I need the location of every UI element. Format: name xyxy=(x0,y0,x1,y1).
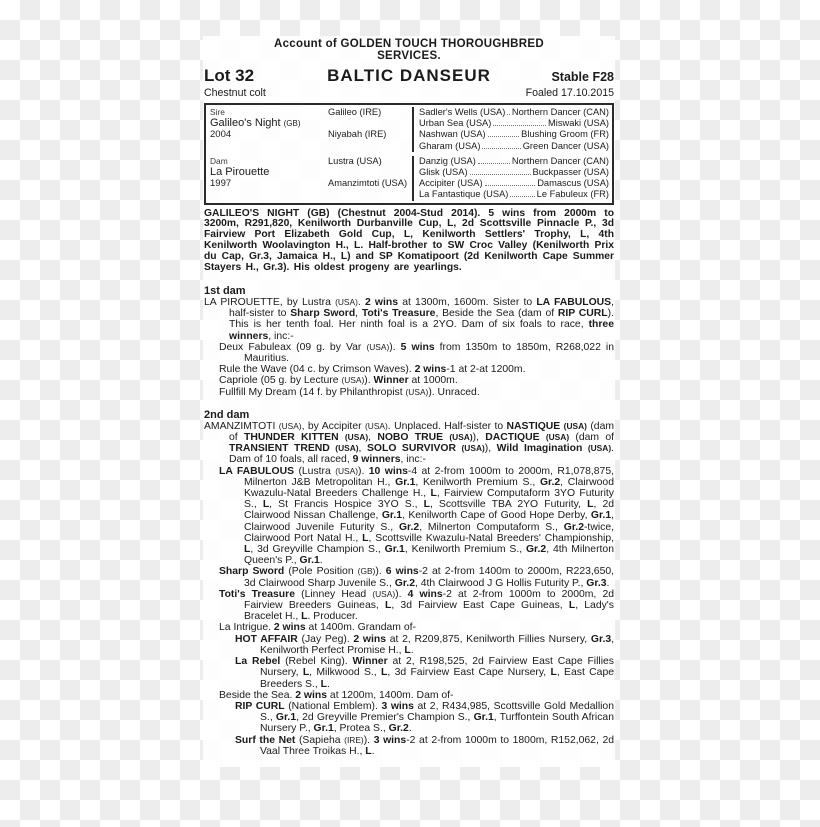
pedigree-ancestor-row: Sadler's Wells (USA)Northern Dancer (CAN… xyxy=(419,107,609,118)
text-segment: Fullfill My Dream (14 f. by Philanthropi… xyxy=(219,387,406,398)
text-segment: Surf the Net xyxy=(235,735,295,746)
ancestor-right: Northern Dancer (CAN) xyxy=(512,156,609,167)
ancestor-right: Le Fabuleux (FR) xyxy=(537,189,609,200)
text-segment: (USA) xyxy=(366,342,389,352)
text-segment: (USA) xyxy=(279,421,302,431)
vendor-account-line1: Account of GOLDEN TOUCH THOROUGHBRED xyxy=(204,38,614,50)
text-segment: (USA) xyxy=(335,297,358,307)
text-segment: (USA) xyxy=(564,421,587,431)
text-segment: (USA) xyxy=(365,421,388,431)
vendor-account-line2: SERVICES. xyxy=(204,50,614,62)
text-segment: (dam of xyxy=(569,432,614,443)
ancestor-right: Buckpasser (USA) xyxy=(533,167,609,178)
ancestor-left: Accipiter (USA) xyxy=(419,178,483,189)
pedigree-parent-column: Galileo (IRE)Niyabah (IRE) xyxy=(328,107,412,152)
text-segment: Gr.1 xyxy=(300,555,320,566)
text-segment: at 1400m. Grandam of- xyxy=(306,622,416,633)
text-segment: , Beside the Sea (dam of xyxy=(435,308,557,319)
pedigree-subject-name: La Pirouette xyxy=(210,167,328,178)
dotted-leader xyxy=(488,136,520,137)
text-segment: Beside the Sea. xyxy=(219,690,295,701)
text-segment: (USA) xyxy=(345,432,368,442)
text-segment: 2 wins xyxy=(274,622,306,633)
text-segment: ). xyxy=(389,342,400,353)
pedigree-ancestor-row: La Fantastique (USA)Le Fabuleux (FR) xyxy=(419,189,609,200)
text-segment: TRANSIENT TREND xyxy=(229,443,335,454)
ancestor-left: Glisk (USA) xyxy=(419,167,468,178)
dotted-leader xyxy=(482,148,520,149)
text-segment: Gr.1 xyxy=(276,712,296,723)
text-segment: LA FABULOUS xyxy=(219,466,294,477)
text-segment: , inc:- xyxy=(268,331,293,342)
ancestor-right: Green Dancer (USA) xyxy=(523,141,609,152)
text-segment: RIP CURL xyxy=(235,701,285,712)
text-segment: Gr.1 xyxy=(591,510,611,521)
pedigree-paragraph: La Intrigue. 2 wins at 1400m. Grandam of… xyxy=(219,622,614,633)
text-segment: Sharp Sword xyxy=(219,566,284,577)
text-segment: . xyxy=(607,578,610,589)
text-segment: ). xyxy=(364,375,373,386)
text-segment: (Rebel King). xyxy=(280,656,352,667)
text-segment: Gr.1 xyxy=(385,544,405,555)
pedigree-parent-name: Amanzimtoti (USA) xyxy=(328,178,412,200)
text-segment: , xyxy=(355,308,362,319)
foaled-date: Foaled 17.10.2015 xyxy=(526,87,614,99)
country-code: (GB) xyxy=(284,119,301,128)
pedigree-parent-name: Galileo (IRE) xyxy=(328,107,412,129)
text-segment: RIP CURL xyxy=(558,308,608,319)
text-segment: La Rebel xyxy=(235,656,280,667)
text-segment: 6 wins xyxy=(386,566,419,577)
pedigree-paragraph: Capriole (05 g. by Lecture (USA)). Winne… xyxy=(219,375,614,386)
ancestor-left: Gharam (USA) xyxy=(419,141,480,152)
text-segment: AMANZIMTOTI xyxy=(204,421,279,432)
text-segment: 5 wins xyxy=(401,342,435,353)
ancestor-right: Damascus (USA) xyxy=(537,178,609,189)
text-segment: NOBO TRUE xyxy=(377,432,449,443)
text-segment: LA FABULOUS xyxy=(536,297,611,308)
stallion-summary-paragraph: GALILEO'S NIGHT (GB) (Chestnut 2004-Stud… xyxy=(204,209,614,274)
text-segment: ). Unraced. xyxy=(428,387,479,398)
text-segment: at 1200m, 1400m. Dam of- xyxy=(327,690,453,701)
horse-name: BALTIC DANSEUR xyxy=(309,66,509,86)
ancestor-left: Danzig (USA) xyxy=(419,156,476,167)
dotted-leader xyxy=(507,114,510,115)
text-segment: , Protea S., xyxy=(334,723,389,734)
text-segment: 2 wins xyxy=(353,634,386,645)
stable-number: Stable F28 xyxy=(509,70,614,84)
pedigree-group: DamLa Pirouette1997Lustra (USA)Amanzimto… xyxy=(206,156,612,201)
text-segment: Gr.1 xyxy=(474,712,494,723)
pedigree-paragraph: Rule the Wave (04 c. by Crimson Waves). … xyxy=(219,364,614,375)
text-segment: THUNDER KITTEN xyxy=(244,432,345,443)
pedigree-subject-year: 1997 xyxy=(210,178,328,189)
text-segment: GALILEO'S NIGHT (GB) (Chestnut 2004-Stud… xyxy=(204,208,614,274)
text-segment: (Pole Position xyxy=(284,566,357,577)
pedigree-ancestor-column: Sadler's Wells (USA)Northern Dancer (CAN… xyxy=(412,107,612,152)
ancestor-left: Urban Sea (USA) xyxy=(419,118,491,129)
text-segment: , by Accipiter xyxy=(302,421,365,432)
text-segment: Capriole (05 g. by Lecture xyxy=(219,375,341,386)
pedigree-parent-column: Lustra (USA)Amanzimtoti (USA) xyxy=(328,156,412,201)
text-segment: Sharp Sword xyxy=(290,308,355,319)
text-segment: (Sapieha xyxy=(295,735,344,746)
pedigree-paragraph: Deux Fabuleax (09 g. by Var (USA)). 5 wi… xyxy=(219,342,614,364)
text-segment: , Kenilworth Premium S., xyxy=(415,477,540,488)
text-segment: Gr.2 xyxy=(526,544,546,555)
pedigree-ancestor-row: Glisk (USA)Buckpasser (USA) xyxy=(419,167,609,178)
pedigree-subject-column: DamLa Pirouette1997 xyxy=(206,156,328,201)
text-segment: HOT AFFAIR xyxy=(235,634,298,645)
text-segment: (USA) xyxy=(406,387,429,397)
pedigree-paragraph: LA FABULOUS (Lustra (USA)). 10 wins-4 at… xyxy=(219,466,614,567)
text-segment: (Linney Head xyxy=(295,589,372,600)
pedigree-group: SireGalileo's Night (GB)2004Galileo (IRE… xyxy=(206,107,612,152)
text-segment: at 1300m, 1600m. Sister to xyxy=(398,297,536,308)
text-segment: (USA) xyxy=(462,443,485,453)
pedigree-paragraph: Sharp Sword (Pole Position (GB)). 6 wins… xyxy=(219,566,614,588)
text-segment: ). xyxy=(358,466,369,477)
text-segment: Gr.2 xyxy=(395,578,415,589)
text-segment: (USA) xyxy=(341,375,364,385)
text-segment: . Producer. xyxy=(308,611,358,622)
text-segment: . xyxy=(358,297,365,308)
text-segment: Winner xyxy=(353,656,388,667)
text-segment: , 3d Fairview East Cape Guineas, xyxy=(391,600,568,611)
text-segment: SOLO SURVIVOR xyxy=(367,443,462,454)
pedigree-ancestor-row: Nashwan (USA)Blushing Groom (FR) xyxy=(419,129,609,140)
pedigree-paragraph: LA PIROUETTE, by Lustra (USA). 2 wins at… xyxy=(204,297,614,342)
dotted-leader xyxy=(510,196,534,197)
text-segment: Gr.3 xyxy=(591,634,611,645)
text-segment: Winner xyxy=(374,375,409,386)
text-segment: (USA) xyxy=(335,443,358,453)
text-segment: DACTIQUE xyxy=(485,432,546,443)
text-segment: Gr.1 xyxy=(395,477,415,488)
text-segment: ), xyxy=(473,432,486,443)
text-segment: ). xyxy=(375,566,385,577)
ancestor-right: Miswaki (USA) xyxy=(548,118,609,129)
text-segment: at 1000m. xyxy=(409,375,458,386)
transparency-checkerboard: { "header": { "account_line1": "Account … xyxy=(0,0,820,827)
text-segment: , 4th Clairwood J G Hollis Futurity P., xyxy=(415,578,586,589)
text-segment: Gr.2 xyxy=(564,522,584,533)
text-segment: (USA) xyxy=(588,443,611,453)
text-segment: Toti's Treasure xyxy=(219,589,295,600)
text-segment: 2nd dam xyxy=(204,409,249,421)
text-segment: , Scottsville Kwazulu-Natal Breeders' Ch… xyxy=(369,533,614,544)
subheader-row: Chestnut colt Foaled 17.10.2015 xyxy=(204,87,614,99)
dotted-leader xyxy=(478,163,510,164)
text-segment: . xyxy=(320,555,323,566)
pedigree-paragraph: Surf the Net (Sapieha (IRE)). 3 wins-2 a… xyxy=(235,735,614,757)
text-segment: Deux Fabuleax (09 g. by Var xyxy=(219,342,366,353)
lot-header-row: Lot 32 BALTIC DANSEUR Stable F28 xyxy=(204,66,614,86)
text-segment: Rule the Wave (04 c. by Crimson Waves). xyxy=(219,364,415,375)
text-segment: Gr.3 xyxy=(586,578,606,589)
pedigree-subject-year: 2004 xyxy=(210,129,328,140)
text-segment: 3 wins xyxy=(374,735,407,746)
text-segment: , 2d Greyville Premier's Champion S., xyxy=(296,712,473,723)
dotted-leader xyxy=(470,174,531,175)
text-segment: Wild Imagination xyxy=(497,443,588,454)
text-segment: 4 wins xyxy=(408,589,443,600)
pedigree-ancestor-row: Danzig (USA)Northern Dancer (CAN) xyxy=(419,156,609,167)
text-segment: 3 wins xyxy=(381,701,413,712)
text-segment: (Lustra xyxy=(294,466,335,477)
text-segment: , xyxy=(368,432,377,443)
catalogue-page: Account of GOLDEN TOUCH THOROUGHBRED SER… xyxy=(203,36,615,767)
ancestor-right: Northern Dancer (CAN) xyxy=(512,107,609,118)
text-segment: . xyxy=(411,645,414,656)
text-segment: , Kenilworth Premium S., xyxy=(405,544,526,555)
pedigree-parent-name: Niyabah (IRE) xyxy=(328,129,412,151)
text-segment: , Milkwood S., xyxy=(309,667,381,678)
text-segment: Gr.2 xyxy=(399,522,419,533)
text-segment: , Scottsville TBA 2YO Futurity, xyxy=(430,499,587,510)
pedigree-body: GALILEO'S NIGHT (GB) (Chestnut 2004-Stud… xyxy=(204,209,614,757)
text-segment: (USA) xyxy=(449,432,472,442)
text-segment: (GB) xyxy=(358,566,376,576)
pedigree-parent-name: Lustra (USA) xyxy=(328,156,412,178)
text-segment: (National Emblem). xyxy=(285,701,382,712)
text-segment: ), xyxy=(485,443,497,454)
text-segment: Gr.2 xyxy=(540,477,560,488)
pedigree-ancestor-row: Urban Sea (USA)Miswaki (USA) xyxy=(419,118,609,129)
text-segment: , 3d Fairview East Cape Nursery, xyxy=(387,667,550,678)
text-segment: (IRE) xyxy=(344,735,364,745)
ancestor-right: Blushing Groom (FR) xyxy=(521,129,609,140)
text-segment: 10 wins xyxy=(369,466,408,477)
pedigree-paragraph: Toti's Treasure (Linney Head (USA)). 4 w… xyxy=(219,589,614,623)
pedigree-paragraph: La Rebel (Rebel King). Winner at 2, R198… xyxy=(235,656,614,690)
text-segment: ). xyxy=(395,589,407,600)
pedigree-subject-column: SireGalileo's Night (GB)2004 xyxy=(206,107,328,152)
pedigree-ancestor-row: Gharam (USA)Green Dancer (USA) xyxy=(419,141,609,152)
text-segment: . xyxy=(372,746,375,757)
pedigree-paragraph: AMANZIMTOTI (USA), by Accipiter (USA). U… xyxy=(204,421,614,466)
text-segment: at 2, R209,875, Kenilworth Fillies Nurse… xyxy=(386,634,591,645)
pedigree-ancestor-row: Accipiter (USA)Damascus (USA) xyxy=(419,178,609,189)
text-segment: -1 at 2-at 1200m. xyxy=(446,364,525,375)
dotted-leader xyxy=(493,125,546,126)
text-segment: . xyxy=(327,679,330,690)
text-segment: 9 winners xyxy=(353,454,401,465)
text-segment: , Kenilworth Cape of Good Hope Derby, xyxy=(402,510,591,521)
text-segment: 2 wins xyxy=(295,690,327,701)
lot-number: Lot 32 xyxy=(204,66,309,86)
ancestor-left: Nashwan (USA) xyxy=(419,129,486,140)
text-segment: ). xyxy=(364,735,374,746)
color-sex: Chestnut colt xyxy=(204,87,266,99)
dam-section-heading: 1st dam xyxy=(204,285,614,297)
text-segment: . Unplaced. Half-sister to xyxy=(388,421,507,432)
text-segment: , Milnerton Computaform S., xyxy=(419,522,564,533)
text-segment: 2 wins xyxy=(365,297,398,308)
text-segment: 2 wins xyxy=(415,364,447,375)
text-segment: Gr.2 xyxy=(389,723,409,734)
text-segment: (USA) xyxy=(372,589,395,599)
text-segment: , 3d Greyville Champion S., xyxy=(250,544,384,555)
text-segment: Toti's Treasure xyxy=(362,308,436,319)
text-segment: La Intrigue. xyxy=(219,622,274,633)
text-segment: Gr.1 xyxy=(382,510,402,521)
ancestor-left: Sadler's Wells (USA) xyxy=(419,107,505,118)
vendor-account-line: Account of GOLDEN TOUCH THOROUGHBRED SER… xyxy=(204,38,614,62)
pedigree-ancestor-column: Danzig (USA)Northern Dancer (CAN)Glisk (… xyxy=(412,156,612,201)
text-segment: NASTIQUE xyxy=(507,421,564,432)
pedigree-paragraph: RIP CURL (National Emblem). 3 wins at 2,… xyxy=(235,701,614,735)
text-segment: Gr.1 xyxy=(314,723,334,734)
pedigree-paragraph: Beside the Sea. 2 wins at 1200m, 1400m. … xyxy=(219,690,614,701)
text-segment: , inc:- xyxy=(401,454,426,465)
dam-section-heading: 2nd dam xyxy=(204,409,614,421)
pedigree-paragraph: HOT AFFAIR (Jay Peg). 2 wins at 2, R209,… xyxy=(235,634,614,656)
text-segment: (USA) xyxy=(546,432,569,442)
dotted-leader xyxy=(485,185,536,186)
pedigree-table: SireGalileo's Night (GB)2004Galileo (IRE… xyxy=(204,103,614,205)
text-segment: . xyxy=(409,723,412,734)
text-segment: (USA) xyxy=(335,466,358,476)
ancestor-left: La Fantastique (USA) xyxy=(419,189,508,200)
pedigree-subject-name: Galileo's Night (GB) xyxy=(210,118,328,129)
text-segment: LA PIROUETTE, by Lustra xyxy=(204,297,335,308)
text-segment: , xyxy=(359,443,367,454)
pedigree-paragraph: Fullfill My Dream (14 f. by Philanthropi… xyxy=(219,387,614,398)
text-segment: , St Francis Hospice 3YO S., xyxy=(269,499,423,510)
text-segment: (Jay Peg). xyxy=(298,634,354,645)
text-segment: 1st dam xyxy=(204,285,246,297)
